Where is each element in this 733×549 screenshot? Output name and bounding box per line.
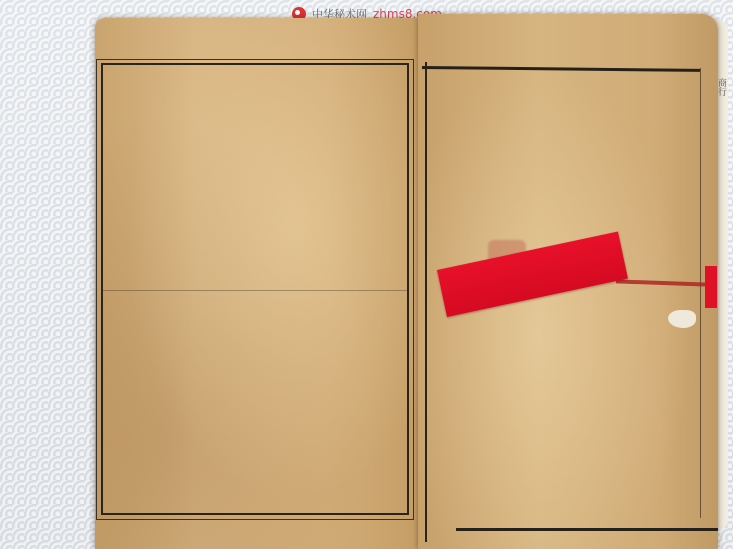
right-page-lower-text: 中有高僧出家者依此取用不可傳於 識者此人罪孽深重毫無善根即伏 上起時時上四柱周流… — [616, 300, 733, 549]
paper-tear — [668, 310, 696, 328]
red-tape-edge — [705, 266, 717, 308]
